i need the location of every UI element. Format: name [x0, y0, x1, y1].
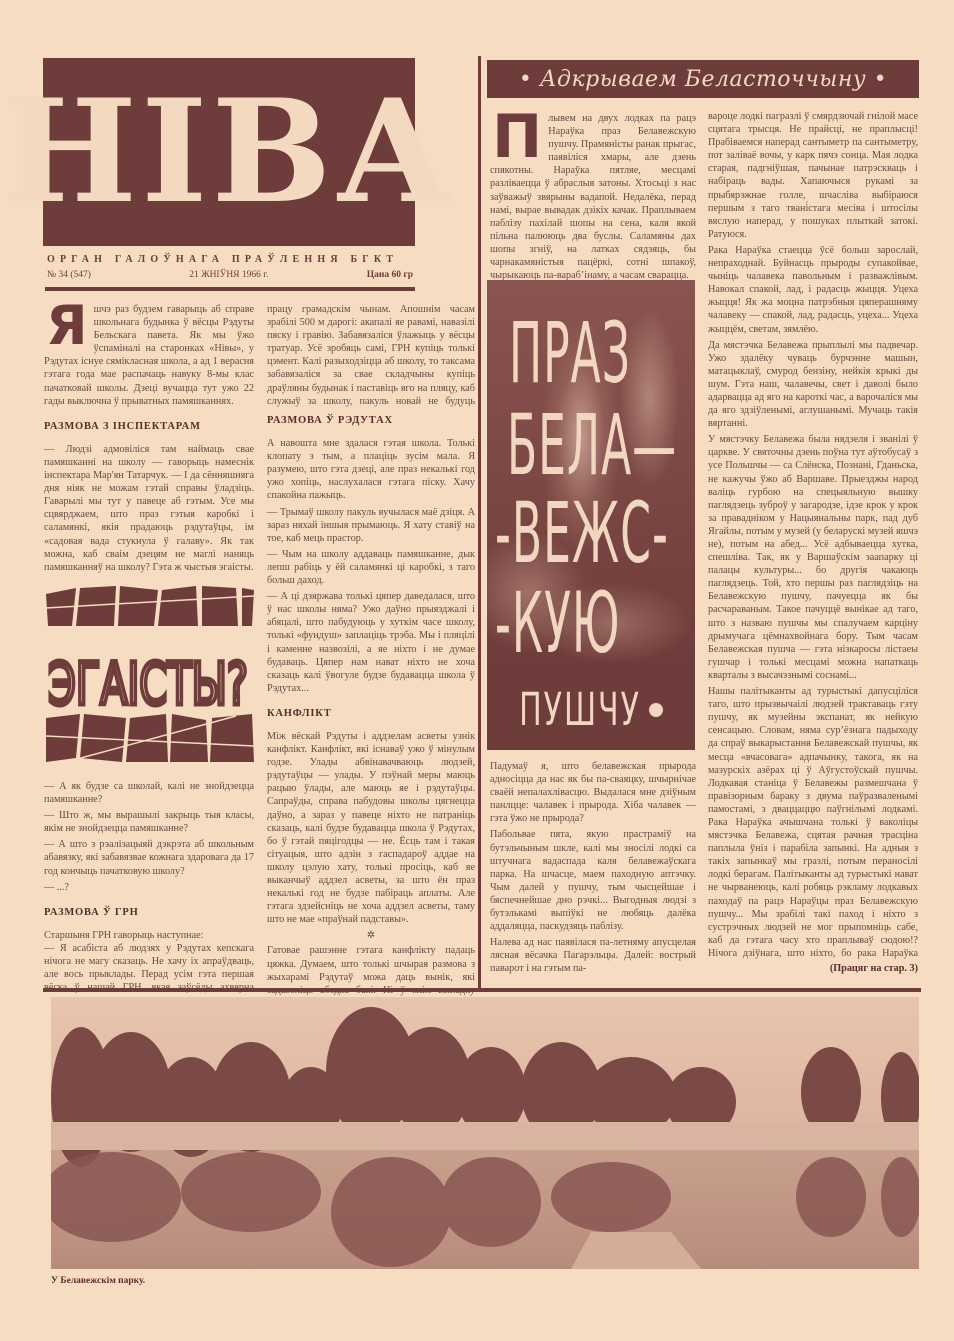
continued-note-wrap: (Працяг на стар. 3) [708, 962, 918, 975]
redutakh-paragraph: — А ці дзяржава толькі цяпер даведалася,… [267, 590, 475, 695]
poster-footer: ПУШЧУ [487, 670, 695, 750]
section-banner: • Адкрываем Беласточчыну • [487, 60, 919, 98]
issue-info: № 34 (547) 21 ЖНІЎНЯ 1966 г. Цана 60 гр [47, 270, 413, 280]
travel-p4-start: Налева ад нас паявілася па-летняму апусц… [490, 936, 696, 975]
travel-p7: У мястэчку Белавежа была нядзеля і звані… [708, 433, 918, 682]
column-divider [478, 56, 481, 991]
newspaper-title: НІВА [3, 81, 455, 223]
travel-p1: Плывем на двух лодках па рацэ Нараўка пр… [490, 112, 696, 282]
section-heading-conflict: КАНФЛІКТ [267, 707, 475, 720]
masthead-rule [45, 287, 415, 291]
park-photo [51, 997, 919, 1269]
poster-word: ПУШЧУ [519, 684, 641, 737]
travel-p8: Нашы палітыканты ад турыстыкі дапусціліс… [708, 685, 918, 960]
continued-note: (Працяг на стар. 3) [708, 962, 918, 975]
poster-word: -КУЮ [495, 576, 620, 673]
masthead-logo: НІВА [43, 58, 415, 246]
travel-col-a-top: Плывем на двух лодках па рацэ Нараўка пр… [490, 112, 696, 285]
dialog-line: — ...? [44, 881, 254, 894]
section-heading-inspector: РАЗМОВА З ІНСПЕКТАРАМ [44, 420, 254, 433]
poster-word: -ВЕЖС- [495, 486, 669, 583]
school-article-col2: працу грамадскім чынам. Апошнім часам зр… [267, 303, 475, 1026]
dialog-line: — А як будзе са школай, калі не знойдзец… [44, 780, 254, 806]
dot-icon [649, 703, 663, 717]
dialog-line: — А што з рэалізацыяй дэкрэта аб школьны… [44, 838, 254, 877]
section-heading-redutakh: РАЗМОВА Ў РЭДУТАХ [267, 414, 475, 427]
redutakh-paragraph: — Чым на школу аддаваць памяшканне, дык … [267, 548, 475, 587]
dropcap: Я [46, 303, 88, 349]
travel-p3: Пабольвае пята, якую прастраміў на бутэл… [490, 828, 696, 933]
grn-continued: працу грамадскім чынам. Апошнім часам зр… [267, 303, 475, 408]
poster-illustration: ПРАЗ БЕЛА— -ВЕЖС- -КУЮ ПУШЧУ [487, 280, 695, 750]
travel-col-b: вароце лодкі пагразлі ў смярдзючай гніло… [708, 110, 918, 960]
banner-title: • Адкрываем Беласточчыну • [519, 67, 887, 92]
redutakh-paragraph: А навошта мне здалася гэтая школа. Тольк… [267, 437, 475, 502]
organ-subtitle: ОРГАН ГАЛОЎНАГА ПРАЎЛЕННЯ БГКТ [47, 254, 413, 265]
issue-price: Цана 60 гр [367, 270, 413, 280]
travel-p6: Да мястэчка Белавежа прыплылі мы падвеча… [708, 339, 918, 431]
travel-col-a-bottom: Падумаў я, што белавежская прырода аднос… [490, 760, 696, 979]
section-heading-grn: РАЗМОВА Ў ГРН [44, 906, 254, 919]
section-text-grn-b: — Я асабіста аб людзях у Рэдутах кепскаг… [44, 942, 254, 994]
travel-p4-cont: вароце лодкі пагразлі ў смярдзючай гніло… [708, 110, 918, 241]
travel-p5: Рака Нараўка стаецца ўсё больш зарослай,… [708, 244, 918, 336]
school-article-col1: Яшчэ раз будзем гаварыць аб справе школь… [44, 303, 254, 577]
school-article-col1b: — А як будзе са школай, калі не знойдзец… [44, 780, 254, 997]
school-intro: Яшчэ раз будзем гаварыць аб справе школь… [44, 303, 254, 408]
conflict-text: Між вёскай Рэдуты і аддзелам асветы узні… [267, 730, 475, 926]
egoists-graphic: ЭГАІСТЫ? [46, 586, 254, 766]
issue-number: № 34 (547) [47, 270, 91, 280]
section-text-grn-a: Старшыня ГРН гаворыць наступнае: [44, 929, 254, 942]
photo-top-rule [43, 988, 921, 992]
asterisk-separator: ✲ [267, 929, 475, 942]
issue-date: 21 ЖНІЎНЯ 1966 г. [189, 270, 268, 280]
poster-word: БЕЛА— [507, 398, 677, 495]
travel-p2: Падумаў я, што белавежская прырода аднос… [490, 760, 696, 825]
photo-caption: У Белавежскім парку. [51, 1276, 145, 1286]
graphic-title: ЭГАІСТЫ? [48, 650, 248, 718]
section-text-inspector: — Людзі адмовіліся там наймаць свае памя… [44, 443, 254, 574]
poster-word: ПРАЗ [509, 306, 631, 403]
dialog-line: — Што ж, мы вырашылі закрыць тыя класы, … [44, 809, 254, 835]
redutakh-paragraph: — Трымаў школу пакуль вучылася маё дзіця… [267, 506, 475, 545]
dropcap: П [492, 112, 542, 162]
